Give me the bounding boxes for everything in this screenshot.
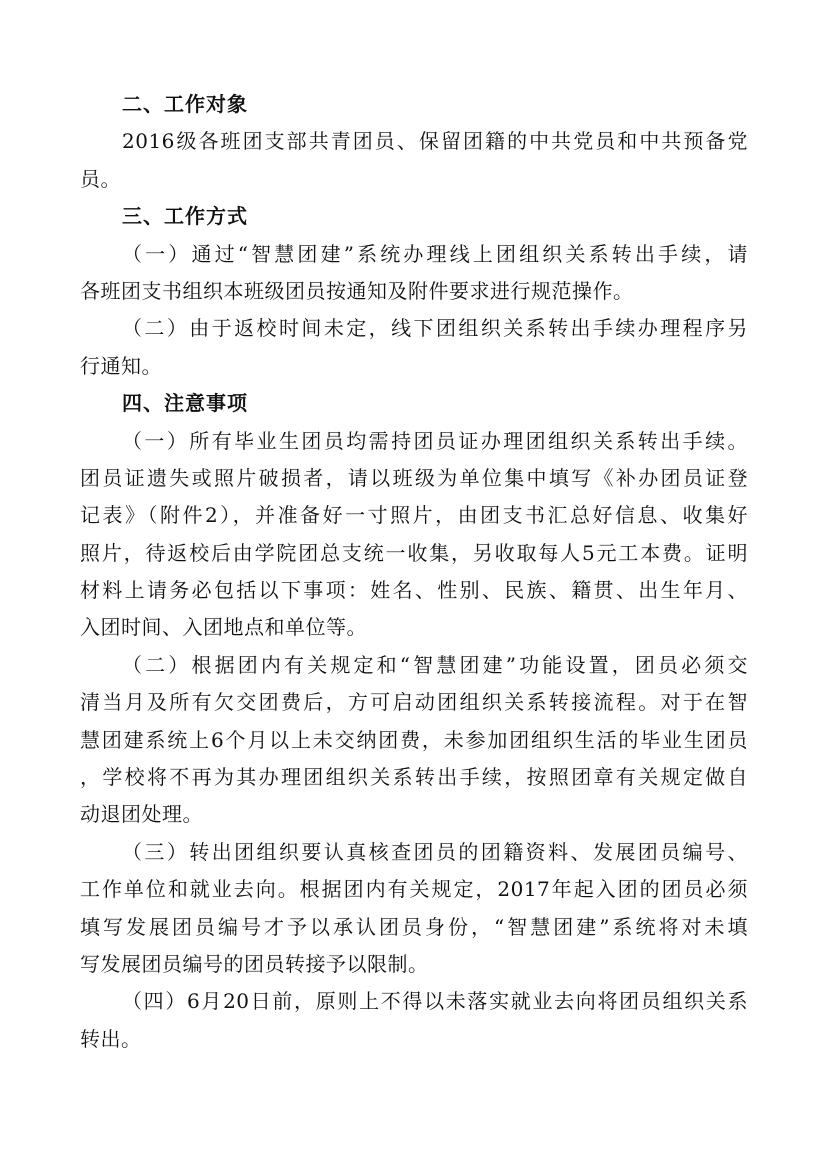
text-line: 慧团建系统上6个月以上未交纳团费，未参加团组织生活的毕业生团员 [80, 722, 748, 759]
text-line: 团员证遗失或照片破损者，请以班级为单位集中填写《补办团员证登 [80, 460, 748, 497]
paragraph-note-4: （四）6月20日前，原则上不得以未落实就业去向将团员组织关系 转出。 [80, 983, 748, 1058]
text-line: （一）通过“智慧团建”系统办理线上团组织关系转出手续，请 [80, 236, 748, 273]
document-page: 二、工作对象 2016级各班团支部共青团员、保留团籍的中共党员和中共预备党 员。… [80, 86, 748, 1058]
text-line: 行通知。 [80, 348, 748, 385]
text-line: （一）所有毕业生团员均需持团员证办理团组织关系转出手续。 [80, 423, 748, 460]
text-line: 工作单位和就业去向。根据团内有关规定，2017年起入团的团员必须 [80, 871, 748, 908]
text-line: 动退团处理。 [80, 796, 748, 833]
text-line: 材料上请务必包括以下事项：姓名、性别、民族、籍贯、出生年月、 [80, 572, 748, 609]
paragraph-note-3: （三）转出团组织要认真核查团员的团籍资料、发展团员编号、 工作单位和就业去向。根… [80, 834, 748, 984]
text-line: 填写发展团员编号才予以承认团员身份，“智慧团建”系统将对未填 [80, 909, 748, 946]
text-line: 2016级各班团支部共青团员、保留团籍的中共党员和中共预备党 [80, 123, 748, 160]
text-line: 员。 [80, 161, 748, 198]
text-line: 写发展团员编号的团员转接予以限制。 [80, 946, 748, 983]
text-line: 清当月及所有欠交团费后，方可启动团组织关系转接流程。对于在智 [80, 684, 748, 721]
text-line: （二）根据团内有关规定和“智慧团建”功能设置，团员必须交 [80, 647, 748, 684]
text-line: 记表》（附件2），并准备好一寸照片，由团支书汇总好信息、收集好 [80, 497, 748, 534]
section-heading-notes: 四、注意事项 [80, 385, 748, 422]
paragraph-work-target: 2016级各班团支部共青团员、保留团籍的中共党员和中共预备党 员。 [80, 123, 748, 198]
paragraph-note-1: （一）所有毕业生团员均需持团员证办理团组织关系转出手续。 团员证遗失或照片破损者… [80, 423, 748, 647]
text-line: （四）6月20日前，原则上不得以未落实就业去向将团员组织关系 [80, 983, 748, 1020]
paragraph-note-2: （二）根据团内有关规定和“智慧团建”功能设置，团员必须交 清当月及所有欠交团费后… [80, 647, 748, 834]
section-heading-work-target: 二、工作对象 [80, 86, 748, 123]
text-line: 转出。 [80, 1021, 748, 1058]
paragraph-method-1: （一）通过“智慧团建”系统办理线上团组织关系转出手续，请 各班团支书组织本班级团… [80, 236, 748, 311]
text-line: ，学校将不再为其办理团组织关系转出手续，按照团章有关规定做自 [80, 759, 748, 796]
text-line: 入团时间、入团地点和单位等。 [80, 609, 748, 646]
text-line: （二）由于返校时间未定，线下团组织关系转出手续办理程序另 [80, 310, 748, 347]
text-line: 照片，待返校后由学院团总支统一收集，另收取每人5元工本费。证明 [80, 535, 748, 572]
paragraph-method-2: （二）由于返校时间未定，线下团组织关系转出手续办理程序另 行通知。 [80, 310, 748, 385]
text-line: （三）转出团组织要认真核查团员的团籍资料、发展团员编号、 [80, 834, 748, 871]
section-heading-work-method: 三、工作方式 [80, 198, 748, 235]
text-line: 各班团支书组织本班级团员按通知及附件要求进行规范操作。 [80, 273, 748, 310]
